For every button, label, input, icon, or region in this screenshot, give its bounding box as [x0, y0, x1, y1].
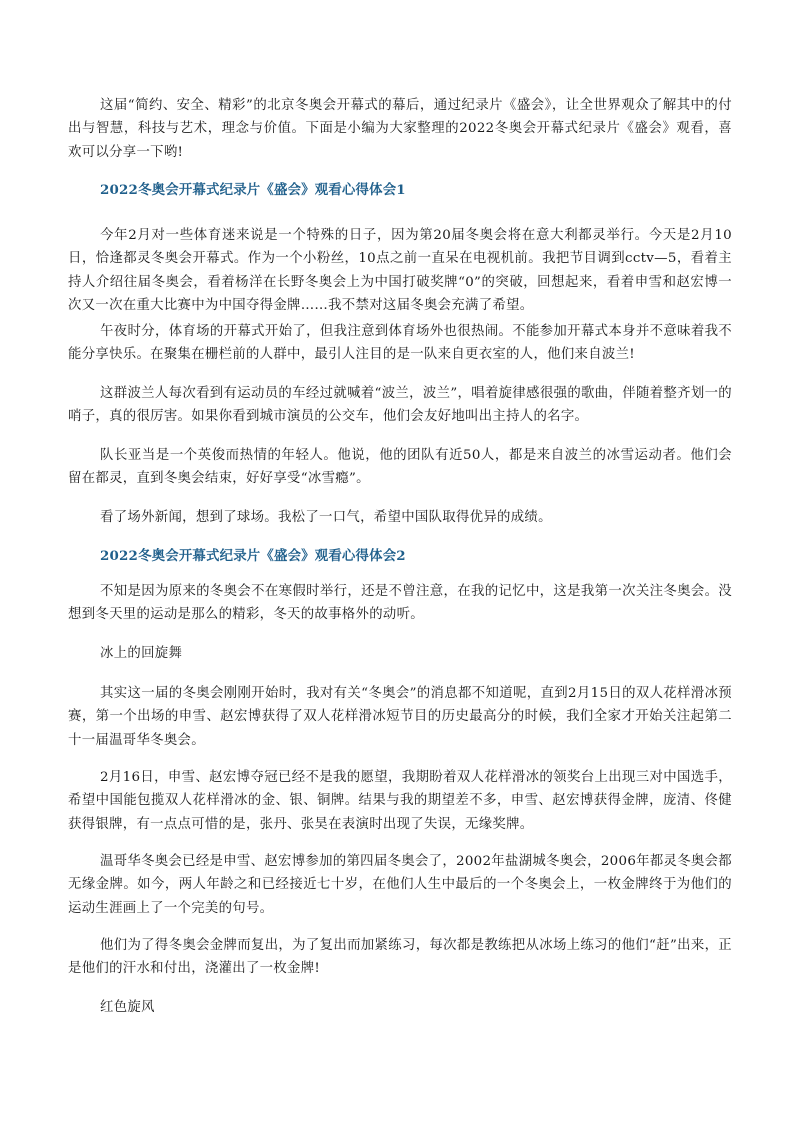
- paragraph: 其实这一届的冬奥会刚刚开始时，我对有关“冬奥会”的消息都不知道呢，直到2月15日…: [68, 682, 732, 752]
- paragraph: 午夜时分，体育场的开幕式开始了，但我注意到体育场外也很热闹。不能参加开幕式本身并…: [68, 320, 732, 367]
- paragraph: 温哥华冬奥会已经是申雪、赵宏博参加的第四届冬奥会了，2002年盐湖城冬奥会，20…: [68, 850, 732, 920]
- subheading: 红色旋风: [68, 996, 732, 1019]
- paragraph: 这群波兰人每次看到有运动员的车经过就喊着“波兰，波兰”，唱着旋律感很强的歌曲，伴…: [68, 382, 732, 429]
- paragraph: 看了场外新闻，想到了球场。我松了一口气，希望中国队取得优异的成绩。: [68, 506, 732, 529]
- section-heading-2: 2022冬奥会开幕式纪录片《盛会》观看心得体会2: [100, 546, 406, 566]
- paragraph: 今年2月对一些体育迷来说是一个特殊的日子，因为第20届冬奥会将在意大利都灵举行。…: [68, 224, 732, 318]
- paragraph: 2月16日，申雪、赵宏博夺冠已经不是我的愿望，我期盼着双人花样滑冰的领奖台上出现…: [68, 766, 732, 836]
- intro-paragraph: 这届“简约、安全、精彩”的北京冬奥会开幕式的幕后，通过纪录片《盛会》，让全世界观…: [68, 94, 732, 164]
- subheading: 冰上的回旋舞: [68, 642, 732, 665]
- paragraph: 不知是因为原来的冬奥会不在寒假时举行，还是不曾注意，在我的记忆中，这是我第一次关…: [68, 580, 732, 627]
- section-heading-1: 2022冬奥会开幕式纪录片《盛会》观看心得体会1: [100, 180, 406, 200]
- paragraph: 他们为了得冬奥会金牌而复出，为了复出而加紧练习，每次都是教练把从冰场上练习的他们…: [68, 934, 732, 981]
- paragraph: 队长亚当是一个英俊而热情的年轻人。他说，他的团队有近50人，都是来自波兰的冰雪运…: [68, 444, 732, 491]
